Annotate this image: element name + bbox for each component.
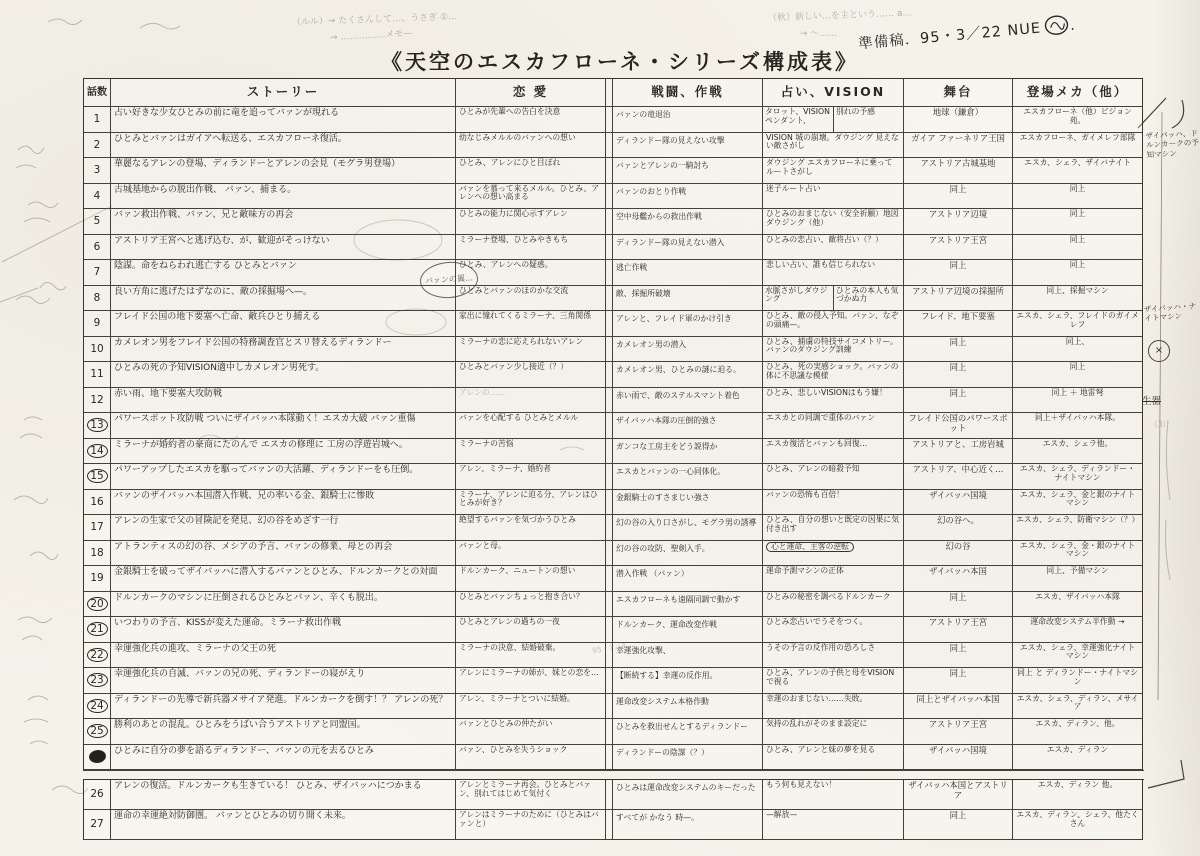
fortune-cell: うその予言の反作用の恐ろしさ xyxy=(763,643,904,669)
mecha-cell: 運命改変システム半作動 → xyxy=(1013,617,1142,643)
mecha-cell: エスカ、ディラン xyxy=(1013,745,1142,771)
episode-number-cell: 16 xyxy=(84,490,111,516)
margin-note-knight-machine: ザイバッハ・ナイトマシン xyxy=(1143,301,1200,324)
mecha-cell: エスカフローネ、ガイメレフ部隊 xyxy=(1013,133,1142,159)
story-cell: 運命の幸運絶対防御圏。 バァンとひとみの切り開く未来。 xyxy=(111,810,456,840)
battle-cell: ザイバッハ本隊の圧倒的強さ xyxy=(613,413,763,439)
episode-row: 11ひとみの死の予知VISION適中しカメレオン男死す。ひとみとバァン少し接近（… xyxy=(84,362,1142,388)
battle-cell: ガンコな工房主をどう説得か xyxy=(613,439,763,465)
stage-cell: アストリア、中心近く… xyxy=(904,464,1013,490)
stage-cell: アストリアと、工房岩城 xyxy=(904,439,1013,465)
fortune-cell: バァンの恐怖も百倍！ xyxy=(763,490,904,516)
story-cell: ひとみの死の予知VISION適中しカメレオン男死す。 xyxy=(111,362,456,388)
fortune-cell: ひとみ、アレンと妹の夢を見る xyxy=(763,745,904,771)
love-cell: バァンと母。 xyxy=(456,541,606,567)
circled-episode-number: 13 xyxy=(87,418,108,432)
battle-cell: すべてが かなう 時—。 xyxy=(613,810,763,840)
fortune-cell: ひとみ、死の実感ショック。バァンの体に不思議な模様 xyxy=(763,362,904,388)
column-gap xyxy=(606,286,613,312)
table-section-gap xyxy=(83,770,1144,780)
story-cell: アトランティスの幻の谷、メシアの予言、バァンの修業、母との再会 xyxy=(111,541,456,567)
stage-cell: フレイド、地下要塞 xyxy=(904,311,1013,337)
story-cell: 赤い雨、地下要塞大攻防戦 xyxy=(111,388,456,414)
circled-episode-number: 20 xyxy=(87,597,108,611)
column-gap xyxy=(606,566,613,592)
circled-episode-number: 14 xyxy=(87,444,108,458)
episode-row: 18アトランティスの幻の谷、メシアの予言、バァンの修業、母との再会バァンと母。幻… xyxy=(84,541,1142,567)
fortune-cell: VISION 城の崩壊。ダウジング 見えない敵さがし xyxy=(763,133,904,159)
fortune-right: ひとみの本人も気づかぬ力 xyxy=(833,286,903,311)
battle-cell: ディランドー隊の見えない攻撃 xyxy=(613,133,763,159)
mecha-cell: エスカ、シェラ、幸運強化ナイトマシン xyxy=(1013,643,1142,669)
column-gap xyxy=(606,235,613,261)
battle-cell: 敵、採掘所破壊 xyxy=(613,286,763,312)
fortune-right: 別れの予感 xyxy=(833,107,903,132)
episode-row: 23幸運強化兵の自滅、バァンの兄の死、ディランドーの寝がえりアレンにミラーナの姉… xyxy=(84,668,1142,694)
fortune-cell: もう何も見えない！ xyxy=(763,780,904,810)
stage-cell: アストリア辺境 xyxy=(904,209,1013,235)
episode-number-cell: 25 xyxy=(84,719,111,745)
love-cell: バァン、ひとみを失うショック xyxy=(456,745,606,771)
column-gap xyxy=(606,158,613,184)
love-cell: バァンとひとみの仲たがい xyxy=(456,719,606,745)
episode-number-cell: 13 xyxy=(84,413,111,439)
margin-note-prediction-machine: ザイバッハ、ドルンカークの予知マシン xyxy=(1145,129,1200,160)
episode-row: 22幸運強化兵の進攻、ミラーナの父王の死ミラーナの決意、結婚破棄。幸運強化攻撃、… xyxy=(84,643,1142,669)
story-cell: アストリア王宮へと逃げ込む、が、歓迎がそっけない xyxy=(111,235,456,261)
love-cell: ミラーナの苦悩 xyxy=(456,439,606,465)
love-cell: バァンを慕って来るメルル。ひとみ、アレンへの想い高まる xyxy=(456,184,606,210)
episode-number-cell: 2 xyxy=(84,133,111,159)
column-gap xyxy=(606,745,613,771)
column-gap xyxy=(606,668,613,694)
column-gap xyxy=(606,810,613,840)
stage-cell: ザイバッハ本国とアストリア xyxy=(904,780,1013,810)
love-cell: アレン、ミラーナとついに結婚。 xyxy=(456,694,606,720)
stage-cell: 幻の谷 xyxy=(904,541,1013,567)
column-gap xyxy=(606,413,613,439)
mecha-cell: 同上、採掘マシン xyxy=(1013,286,1142,312)
episode-row: 10カメレオン男をフレイド公国の特務調査官とスリ替えるディランドーミラーナの恋に… xyxy=(84,337,1142,363)
love-cell: ひとみとバァンのほのかな交流 xyxy=(456,286,606,312)
pencil-annotation: （ルル）→ たくさんして…、うさぎ ①… xyxy=(292,9,457,28)
story-cell: 幸運強化兵の自滅、バァンの兄の死、ディランドーの寝がえり xyxy=(111,668,456,694)
love-cell: アレン、ミラーナ、婚約者 xyxy=(456,464,606,490)
episode-number-cell: 27 xyxy=(84,810,111,840)
mecha-cell: エスカ、シェラ、ザイバナイト xyxy=(1013,158,1142,184)
love-cell: ひとみとバァン少し接近（？） xyxy=(456,362,606,388)
fortune-cell: ひとみのおまじない（安全祈願）地図ダウジング（他） xyxy=(763,209,904,235)
column-gap xyxy=(606,133,613,159)
mecha-cell: エスカ、シェラ、金と銀のナイトマシン xyxy=(1013,490,1142,516)
stage-cell: 同上 xyxy=(904,388,1013,414)
fortune-boxed-note: 心と運命、主客の逆転 xyxy=(766,542,854,553)
episode-row: 15パワーアップしたエスカを駆ってバァンの大活躍、ディランドーをも圧倒。アレン、… xyxy=(84,464,1142,490)
fortune-cell: タロット、VISION ペンダント、別れの予感 xyxy=(763,107,904,133)
love-cell: ひとみが先輩への告白を決意 xyxy=(456,107,606,133)
battle-cell: ひとみは運命改変システムのキーだった xyxy=(613,780,763,810)
scratched-episode-number xyxy=(88,749,107,764)
column-gap xyxy=(606,362,613,388)
story-cell: 金銀騎士を破ってザイバッハに潜入するバァンとひとみ、ドルンカークとの対面 xyxy=(111,566,456,592)
fortune-cell: ひとみ恋占いでうそをつく。 xyxy=(763,617,904,643)
story-cell: パワースポット攻防戦 ついにザイバッハ本隊動く！エスカ大破 バァン重傷 xyxy=(111,413,456,439)
stage-cell: フレイド公国のパワースポット xyxy=(904,413,1013,439)
mecha-cell: エスカ、シェラ、ディランドー・ナイトマシン xyxy=(1013,464,1142,490)
pencil-annotation: → 〜…… xyxy=(800,26,837,39)
episode-row: 26アレンの復活。ドルンカークも生きている！ ひとみ、ザイバッハにつかまるアレン… xyxy=(84,780,1142,810)
battle-cell: 幻の谷の攻防、聖剣入手。 xyxy=(613,541,763,567)
story-cell: ドルンカークのマシンに圧倒されるひとみとバァン、辛くも脱出。 xyxy=(111,592,456,618)
mecha-cell: 同上、 xyxy=(1013,337,1142,363)
love-cell: 幼なじみメルルのバァンへの想い xyxy=(456,133,606,159)
stage-cell: 地球（鎌倉） xyxy=(904,107,1013,133)
episode-row: 12赤い雨、地下要塞大攻防戦アレンの……赤い雨で、敵のステルスマント着色ひとみ、… xyxy=(84,388,1142,414)
mecha-cell: エスカ、シェラ、防衛マシン（？） xyxy=(1013,515,1142,541)
episode-row: 14ミラーナが婚約者の豪商にたのんで エスカの修理に 工房の浮遊岩城へ。ミラーナ… xyxy=(84,439,1142,465)
mecha-cell: 同上 xyxy=(1013,260,1142,286)
mecha-cell: 同上 xyxy=(1013,362,1142,388)
story-cell: 陰謀。命をねらわれ逃亡する ひとみとバァン xyxy=(111,260,456,286)
header-episode: 話数 xyxy=(84,79,111,107)
episode-number-cell: 3 xyxy=(84,158,111,184)
battle-cell: バァンとアレンの一騎討ち xyxy=(613,158,763,184)
column-gap xyxy=(606,337,613,363)
mecha-cell: 同上 xyxy=(1013,184,1142,210)
episode-number-cell: 11 xyxy=(84,362,111,388)
battle-cell: エスカフローネも遠隔同調で動かす xyxy=(613,592,763,618)
column-gap xyxy=(606,643,613,669)
fortune-left: 水脈さがしダウジング xyxy=(763,286,833,311)
column-gap xyxy=(606,490,613,516)
column-gap xyxy=(606,209,613,235)
header-story: ストーリー xyxy=(111,79,456,107)
story-cell: フレイド公国の地下要塞へ亡命、敵兵ひとり捕える xyxy=(111,311,456,337)
hanko-stamp-icon xyxy=(1043,13,1071,41)
battle-cell: 金銀騎士のすさまじい強さ xyxy=(613,490,763,516)
column-gap xyxy=(606,719,613,745)
episode-row: 16バァンのザイバッハ本国潜入作戦、兄の率いる金、銀騎士に惨敗ミラーナ、アレンに… xyxy=(84,490,1142,516)
fortune-cell: ひとみ、悲しいVISIONはもう嫌！ xyxy=(763,388,904,414)
mecha-cell: 同上＋ザイバッハ本隊。 xyxy=(1013,413,1142,439)
episode-number-cell: 26 xyxy=(84,780,111,810)
mecha-cell: エスカ、ザイバッハ本隊 xyxy=(1013,592,1142,618)
fortune-cell: ひとみ、敵の侵入予知。バァン、なぞの頭痛—。 xyxy=(763,311,904,337)
battle-cell: カメレオン男の潜入 xyxy=(613,337,763,363)
page-title: 《天空のエスカフローネ・シリーズ構成表》 xyxy=(90,46,1150,76)
love-cell: ミラーナ登場、ひとみやきもち xyxy=(456,235,606,261)
mecha-cell: 同上 xyxy=(1013,235,1142,261)
header-mecha: 登場メカ（他） xyxy=(1013,79,1142,107)
pencil-annotation: （秋）新しい…を主という…… a… xyxy=(768,6,912,24)
episode-row: 1占い好きな少女ひとみの前に竜を追ってバァンが現れるひとみが先輩への告白を決意バ… xyxy=(84,107,1142,133)
episode-number-cell: 6 xyxy=(84,235,111,261)
stage-cell: アストリア辺境の採掘所 xyxy=(904,286,1013,312)
story-cell: パワーアップしたエスカを駆ってバァンの大活躍、ディランドーをも圧倒。 xyxy=(111,464,456,490)
circled-episode-number: 21 xyxy=(87,622,108,636)
mecha-cell: 同上 と ディランドー・ナイトマシン xyxy=(1013,668,1142,694)
fortune-cell: ひとみ、自分の想いと既定の因果に気付き出す xyxy=(763,515,904,541)
love-cell: アレンはミラーナのために（ひとみはバァンと） xyxy=(456,810,606,840)
love-cell: ミラーナ、アレンに迫る分、アレンはひとみが好き？ xyxy=(456,490,606,516)
episode-number-cell: 10 xyxy=(84,337,111,363)
battle-cell: ディランドーの陰謀（？） xyxy=(613,745,763,771)
mecha-cell: エスカフローネ（他）ビジョン苑。 xyxy=(1013,107,1142,133)
fortune-cell: ひとみ、アレンの暗殺予知 xyxy=(763,464,904,490)
stage-cell: 同上 xyxy=(904,643,1013,669)
episode-row: 4古城基地からの脱出作戦、 バァン、捕まる。バァンを慕って来るメルル。ひとみ、ア… xyxy=(84,184,1142,210)
battle-cell: 【断続する】幸運の反作用。 xyxy=(613,668,763,694)
header-row: 話数ストーリー恋 愛戦闘、作戦占い、VISION舞台登場メカ（他） xyxy=(84,79,1142,107)
episode-row: 25勝利のあとの混乱。ひとみをうばい合うアストリアと同盟国。バァンとひとみの仲た… xyxy=(84,719,1142,745)
column-gap xyxy=(606,184,613,210)
composition-sheet: （ルル）→ たくさんして…、うさぎ ①… → ……………メモ— （秋）新しい…を… xyxy=(0,0,1200,856)
story-cell: 幸運強化兵の進攻、ミラーナの父王の死 xyxy=(111,643,456,669)
header-stage: 舞台 xyxy=(904,79,1013,107)
battle-cell: 逃亡作戦 xyxy=(613,260,763,286)
column-gap xyxy=(606,694,613,720)
header-gap xyxy=(606,79,613,107)
mecha-cell: エスカ、ディラン、シェラ、他たくさん xyxy=(1013,810,1142,840)
love-cell: アレンの…… xyxy=(456,388,606,414)
episode-number-cell: 7 xyxy=(84,260,111,286)
love-cell: ドルンカーク、ニュートンの想い xyxy=(456,566,606,592)
stage-cell: ガイア ファーネリア王国 xyxy=(904,133,1013,159)
episode-number-cell: 1 xyxy=(84,107,111,133)
episode-number-cell xyxy=(84,745,111,771)
episode-number-cell: 18 xyxy=(84,541,111,567)
mecha-cell: 同上、予備マシン xyxy=(1013,566,1142,592)
story-cell: アレンの生家で父の冒険記を発見、幻の谷をめざす一行 xyxy=(111,515,456,541)
draft-note-period: . xyxy=(1069,18,1076,34)
battle-cell: アレンと、フレイド軍のかけ引き xyxy=(613,311,763,337)
stage-cell: 同上 xyxy=(904,260,1013,286)
stage-cell: アストリア王宮 xyxy=(904,235,1013,261)
battle-cell: 幸運強化攻撃、 xyxy=(613,643,763,669)
mecha-cell: エスカ、シェラ、金・銀のナイトマシン xyxy=(1013,541,1142,567)
battle-cell: カメレオン男、ひとみの謎に迫る。 xyxy=(613,362,763,388)
battle-cell: 潜入作戦 （バァン） xyxy=(613,566,763,592)
love-cell: バァンを心配する ひとみとメルル xyxy=(456,413,606,439)
pencil-annotation: → ……………メモ— xyxy=(330,26,413,43)
episode-number-cell: 4 xyxy=(84,184,111,210)
episode-row: 27運命の幸運絶対防御圏。 バァンとひとみの切り開く未来。アレンはミラーナのため… xyxy=(84,810,1142,840)
column-gap xyxy=(606,311,613,337)
story-cell: バァンのザイバッハ本国潜入作戦、兄の率いる金、銀騎士に惨敗 xyxy=(111,490,456,516)
episode-row: ひとみに自分の夢を語るディランドー、バァンの元を去るひとみバァン、ひとみを失うシ… xyxy=(84,745,1142,771)
stage-cell: アストリア王宮 xyxy=(904,617,1013,643)
fortune-cell: ひとみ、アレンの子供と母をVISIONで視る xyxy=(763,668,904,694)
fortune-left: タロット、VISION ペンダント、 xyxy=(763,107,833,132)
stage-cell: 同上 xyxy=(904,810,1013,840)
episode-row: 3華麗なるアレンの登場、ディランドーとアレンの会見（モグラ男登場）ひとみ、アレン… xyxy=(84,158,1142,184)
column-gap xyxy=(606,439,613,465)
circled-episode-number: 23 xyxy=(87,673,108,687)
column-gap xyxy=(606,541,613,567)
fortune-cell: 悲しい占い、誰も信じられない xyxy=(763,260,904,286)
story-cell: 占い好きな少女ひとみの前に竜を追ってバァンが現れる xyxy=(111,107,456,133)
mecha-cell: エスカ、ディラン 他。 xyxy=(1013,780,1142,810)
story-cell: 古城基地からの脱出作戦、 バァン、捕まる。 xyxy=(111,184,456,210)
episode-number-cell: 12 xyxy=(84,388,111,414)
battle-cell: バァンのおとり作戦 xyxy=(613,184,763,210)
circled-episode-number: 22 xyxy=(87,648,108,662)
stage-cell: アストリア王宮 xyxy=(904,719,1013,745)
battle-cell: 幻の谷の入り口さがし、モグラ男の誘導 xyxy=(613,515,763,541)
margin-note-struck: 生器 xyxy=(1142,396,1198,408)
stage-cell: ザイバッハ国境 xyxy=(904,745,1013,771)
column-gap xyxy=(606,592,613,618)
stage-cell: 同上 xyxy=(904,592,1013,618)
column-gap xyxy=(606,780,613,810)
column-gap xyxy=(606,388,613,414)
stage-cell: 同上 xyxy=(904,337,1013,363)
fortune-cell: —解放— xyxy=(763,810,904,840)
episode-number-cell: 8 xyxy=(84,286,111,312)
margin-crossmark-circled: × xyxy=(1148,340,1170,362)
episode-row: 5バァン救出作戦、バァン、兄と敵味方の再会ひとみの能力に関心示すアレン空中母艦か… xyxy=(84,209,1142,235)
stage-cell: 幻の谷へ。 xyxy=(904,515,1013,541)
episode-row: 21いつわりの予言、KISSが変えた運命。ミラーナ救出作戦ひとみとアレンの過ちの… xyxy=(84,617,1142,643)
fortune-cell: ひとみの恋占い、敵将占い（？） xyxy=(763,235,904,261)
story-cell: バァン救出作戦、バァン、兄と敵味方の再会 xyxy=(111,209,456,235)
margin-note-small: （3） xyxy=(1150,420,1200,429)
love-cell: ミラーナの恋に応えられないアレン xyxy=(456,337,606,363)
mecha-cell: エスカ、シェラ、ディラン、メサイア xyxy=(1013,694,1142,720)
episode-row: 20ドルンカークのマシンに圧倒されるひとみとバァン、辛くも脱出。ひとみとバァンち… xyxy=(84,592,1142,618)
column-gap xyxy=(606,617,613,643)
episode-row: 7陰謀。命をねらわれ逃亡する ひとみとバァンひとみ、アレンへの疑惑。逃亡作戦悲し… xyxy=(84,260,1142,286)
fortune-cell: エスカ復活とバァンも回復… xyxy=(763,439,904,465)
episode-number-cell: 22 xyxy=(84,643,111,669)
circled-episode-number: 15 xyxy=(87,469,108,483)
love-cell: ひとみとバァンちょっと抱き合い？ xyxy=(456,592,606,618)
episode-number-cell: 9 xyxy=(84,311,111,337)
episode-row: 24ディランドーの先導で新兵器メサイア発進。ドルンカークを倒す！？ アレンの死？… xyxy=(84,694,1142,720)
battle-cell: 赤い雨で、敵のステルスマント着色 xyxy=(613,388,763,414)
stage-cell: 同上 xyxy=(904,184,1013,210)
love-cell: ひとみ、アレンにひと目ぼれ xyxy=(456,158,606,184)
fortune-cell: 水脈さがしダウジングひとみの本人も気づかぬ力 xyxy=(763,286,904,312)
series-table: 話数ストーリー恋 愛戦闘、作戦占い、VISION舞台登場メカ（他）1占い好きな少… xyxy=(83,78,1143,840)
fortune-cell: 迷子ルート占い xyxy=(763,184,904,210)
episode-number-cell: 21 xyxy=(84,617,111,643)
mecha-cell: 同上 ＋ 地雷弩 xyxy=(1013,388,1142,414)
love-cell: 絶望するバァンを気づかうひとみ xyxy=(456,515,606,541)
episode-number-cell: 23 xyxy=(84,668,111,694)
episode-number-cell: 17 xyxy=(84,515,111,541)
story-cell: いつわりの予言、KISSが変えた運命。ミラーナ救出作戦 xyxy=(111,617,456,643)
episode-row: 9フレイド公国の地下要塞へ亡命、敵兵ひとり捕える家出に憧れてくるミラーナ、三角関… xyxy=(84,311,1142,337)
episode-number-cell: 15 xyxy=(84,464,111,490)
love-cell: 家出に憧れてくるミラーナ、三角関係 xyxy=(456,311,606,337)
battle-cell: エスカとバァンの一心同体化。 xyxy=(613,464,763,490)
fortune-cell: ダウジング エスカフローネに乗ってルートさがし xyxy=(763,158,904,184)
love-cell: ひとみの能力に関心示すアレン xyxy=(456,209,606,235)
battle-cell: ディランドー隊の見えない潜入 xyxy=(613,235,763,261)
episode-number-cell: 19 xyxy=(84,566,111,592)
love-cell: ひとみとアレンの過ちの一夜 xyxy=(456,617,606,643)
header-love: 恋 愛 xyxy=(456,79,606,107)
fortune-cell: 幸運のおまじない……失敗。 xyxy=(763,694,904,720)
story-cell: 華麗なるアレンの登場、ディランドーとアレンの会見（モグラ男登場） xyxy=(111,158,456,184)
episode-number-cell: 20 xyxy=(84,592,111,618)
episode-number-cell: 24 xyxy=(84,694,111,720)
stage-cell: ザイバッハ国境 xyxy=(904,490,1013,516)
mecha-cell: エスカ、シェラ他。 xyxy=(1013,439,1142,465)
stage-cell: アストリア古城基地 xyxy=(904,158,1013,184)
story-cell: ディランドーの先導で新兵器メサイア発進。ドルンカークを倒す！？ アレンの死？ xyxy=(111,694,456,720)
circled-episode-number: 25 xyxy=(87,724,108,738)
stage-cell: 同上とザイバッハ本国 xyxy=(904,694,1013,720)
fortune-cell: ひとみの秘密を調べるドルンカーク xyxy=(763,592,904,618)
story-cell: カメレオン男をフレイド公国の特務調査官とスリ替えるディランドー xyxy=(111,337,456,363)
story-cell: ミラーナが婚約者の豪商にたのんで エスカの修理に 工房の浮遊岩城へ。 xyxy=(111,439,456,465)
episode-row: 6アストリア王宮へと逃げ込む、が、歓迎がそっけないミラーナ登場、ひとみやきもちデ… xyxy=(84,235,1142,261)
stage-cell: ザイバッハ本国 xyxy=(904,566,1013,592)
fortune-cell: 運命予測マシンの正体 xyxy=(763,566,904,592)
battle-cell: 空中母艦からの救出作戦 xyxy=(613,209,763,235)
love-cell: アレンにミラーナの姉が、妹との恋を… xyxy=(456,668,606,694)
battle-cell: 運命改変システム本格作動 xyxy=(613,694,763,720)
episode-row: 13パワースポット攻防戦 ついにザイバッハ本隊動く！エスカ大破 バァン重傷バァン… xyxy=(84,413,1142,439)
love-cell: ミラーナの決意、結婚破棄。 xyxy=(456,643,606,669)
story-cell: 良い方角に逃げたはずなのに、敵の採掘場へ—。 xyxy=(111,286,456,312)
battle-cell: ひとみを救出せんとするディランドー xyxy=(613,719,763,745)
fortune-cell: 気持の乱れがそのまま設定に xyxy=(763,719,904,745)
episode-row: 8良い方角に逃げたはずなのに、敵の採掘場へ—。ひとみとバァンのほのかな交流敵、採… xyxy=(84,286,1142,312)
column-gap xyxy=(606,107,613,133)
mecha-cell: エスカ、シェラ、フレイドのガイメレフ xyxy=(1013,311,1142,337)
episode-row: 19金銀騎士を破ってザイバッハに潜入するバァンとひとみ、ドルンカークとの対面ドル… xyxy=(84,566,1142,592)
episode-row: 17アレンの生家で父の冒険記を発見、幻の谷をめざす一行絶望するバァンを気づかうひ… xyxy=(84,515,1142,541)
battle-cell: ドルンカーク、運命改変作戦 xyxy=(613,617,763,643)
column-gap xyxy=(606,515,613,541)
column-gap xyxy=(606,260,613,286)
episode-row: 2ひとみとバァンはガイアへ転送る、エスカフローネ復活。幼なじみメルルのバァンへの… xyxy=(84,133,1142,159)
fortune-cell: 心と運命、主客の逆転 xyxy=(763,541,904,567)
episode-number-cell: 14 xyxy=(84,439,111,465)
circled-episode-number: 24 xyxy=(87,699,108,713)
fortune-cell: エスカとの同調で重体のバァン xyxy=(763,413,904,439)
battle-cell: バァンの竜退治 xyxy=(613,107,763,133)
mecha-cell: エスカ、ディラン、他。 xyxy=(1013,719,1142,745)
header-fortune: 占い、VISION xyxy=(763,79,904,107)
love-cell: ひとみ、アレンへの疑惑。 xyxy=(456,260,606,286)
love-cell: アレンとミラーナ再会。ひとみとバァン、別れてはじめて気付く xyxy=(456,780,606,810)
story-cell: アレンの復活。ドルンカークも生きている！ ひとみ、ザイバッハにつかまる xyxy=(111,780,456,810)
story-cell: ひとみに自分の夢を語るディランドー、バァンの元を去るひとみ xyxy=(111,745,456,771)
mecha-cell: 同上 xyxy=(1013,209,1142,235)
story-cell: ひとみとバァンはガイアへ転送る、エスカフローネ復活。 xyxy=(111,133,456,159)
episode-number-cell: 5 xyxy=(84,209,111,235)
stage-cell: 同上 xyxy=(904,668,1013,694)
story-cell: 勝利のあとの混乱。ひとみをうばい合うアストリアと同盟国。 xyxy=(111,719,456,745)
fortune-cell: ひとみ、捕虜の特技サイコメトリー。バァンのダウジング訓練 xyxy=(763,337,904,363)
column-gap xyxy=(606,464,613,490)
stage-cell: 同上 xyxy=(904,362,1013,388)
header-battle: 戦闘、作戦 xyxy=(613,79,763,107)
